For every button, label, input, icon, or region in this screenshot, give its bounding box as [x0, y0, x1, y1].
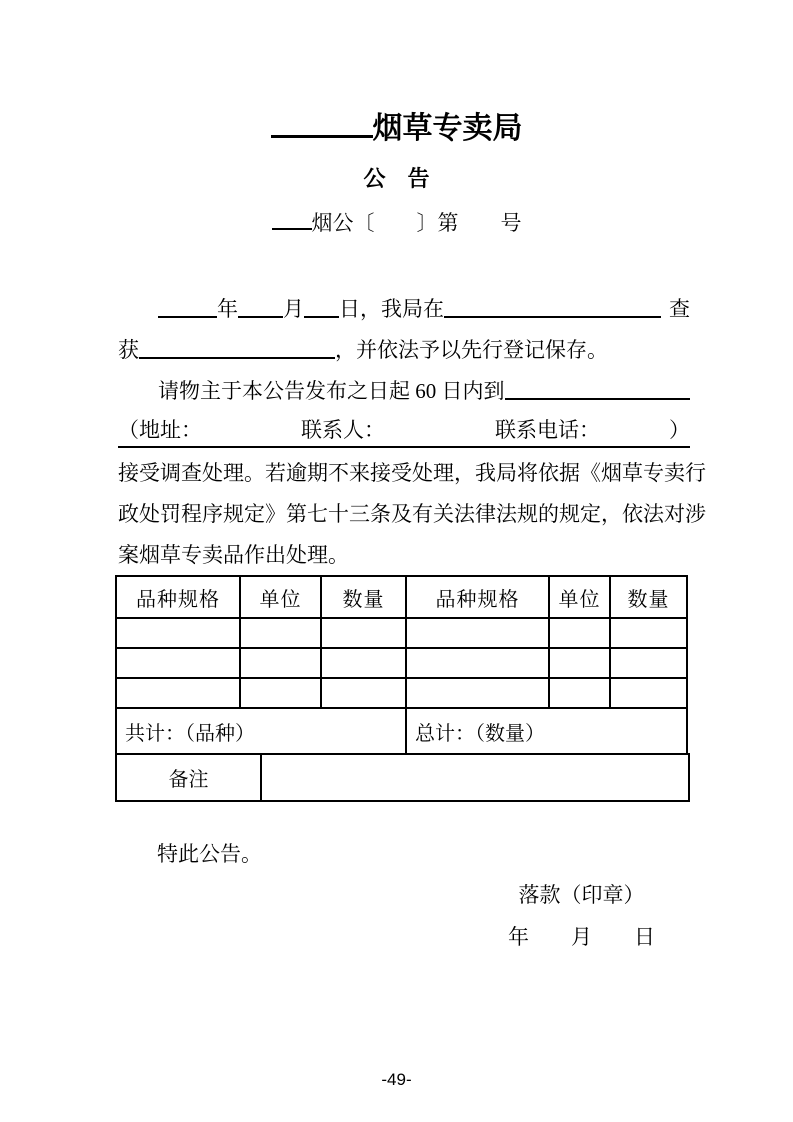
seized-verb-part2: 获: [118, 334, 139, 364]
contact-person-label: 联系人：: [301, 414, 385, 444]
closing-statement: 特此公告。: [157, 838, 262, 868]
remark-value-cell: [261, 754, 689, 801]
signature-block: 落款（印章） 年 月 日: [508, 874, 655, 958]
page-number: -49-: [0, 1070, 793, 1090]
body-line-seized: 获 ，并依法予以先行登记保存。: [118, 328, 690, 369]
body-line-legal-3: 案烟草专卖品作出处理。: [118, 533, 690, 574]
seizure-table-wrap: 品种规格 单位 数量 品种规格 单位 数量 共计：（品种） 总计：（数量）: [115, 575, 690, 802]
col-header-variety-2: 品种规格: [406, 576, 549, 618]
empty-cell: [610, 618, 687, 648]
col-header-unit-1: 单位: [240, 576, 321, 618]
empty-cell: [116, 648, 240, 678]
deadline-clause: 请物主于本公告发布之日起 60 日内到: [158, 375, 505, 405]
day-and-location-lead: 日，我局在: [339, 293, 444, 323]
total-species-cell: 共计：（品种）: [116, 708, 406, 754]
contact-underlined-row: （地址： 联系人： 联系电话： ）: [118, 414, 690, 448]
col-header-quantity-2: 数量: [610, 576, 687, 618]
empty-cell: [549, 648, 610, 678]
empty-cell: [610, 678, 687, 708]
year-label: 年: [217, 293, 238, 323]
closing-paren: ）: [669, 414, 690, 444]
empty-cell: [406, 678, 549, 708]
empty-cell: [240, 648, 321, 678]
day-blank: [304, 316, 339, 318]
body-line-contact: （地址： 联系人： 联系电话： ）: [118, 410, 690, 451]
legal-clause-2: 政处罚程序规定》第七十三条及有关法律法规的规定，依法对涉: [118, 498, 706, 528]
document-page: 烟草专卖局 公 告 烟公〔 〕第 号 年 月 日，我局在 查 获 ，并依法予以先…: [0, 0, 793, 1122]
org-title-text: 烟草专卖局: [373, 112, 523, 145]
seizure-table: 品种规格 单位 数量 品种规格 单位 数量 共计：（品种） 总计：（数量）: [115, 575, 688, 755]
table-row: [116, 678, 687, 708]
empty-cell: [549, 618, 610, 648]
empty-cell: [240, 678, 321, 708]
empty-cell: [406, 648, 549, 678]
remark-table: 备注: [115, 753, 690, 802]
total-quantity-cell: 总计：（数量）: [406, 708, 687, 754]
empty-cell: [610, 648, 687, 678]
month-blank: [238, 316, 283, 318]
legal-clause-3: 案烟草专卖品作出处理。: [118, 539, 349, 569]
remark-row: 备注: [116, 754, 689, 801]
empty-cell: [116, 618, 240, 648]
year-blank: [158, 316, 217, 318]
doc-number-text: 烟公〔 〕第 号: [312, 211, 522, 235]
registration-clause: ，并依法予以先行登记保存。: [335, 334, 608, 364]
col-header-quantity-1: 数量: [321, 576, 406, 618]
doc-number-line: 烟公〔 〕第 号: [0, 207, 793, 237]
table-row: [116, 648, 687, 678]
empty-cell: [321, 678, 406, 708]
body-line-legal-1: 接受调查处理。若逾期不来接受处理，我局将依据《烟草专卖行: [118, 451, 690, 492]
location-blank: [444, 316, 661, 318]
empty-cell: [549, 678, 610, 708]
signature-seal-line: 落款（印章）: [508, 874, 655, 916]
table-row: [116, 618, 687, 648]
seized-items-blank: [139, 357, 335, 359]
signature-date-line: 年 月 日: [508, 916, 655, 958]
body-line-legal-2: 政处罚程序规定》第七十三条及有关法律法规的规定，依法对涉: [118, 492, 690, 533]
empty-cell: [321, 618, 406, 648]
table-header-row: 品种规格 单位 数量 品种规格 单位 数量: [116, 576, 687, 618]
totals-row: 共计：（品种） 总计：（数量）: [116, 708, 687, 754]
org-title-line: 烟草专卖局: [0, 103, 793, 147]
empty-cell: [321, 648, 406, 678]
legal-clause-1: 接受调查处理。若逾期不来接受处理，我局将依据《烟草专卖行: [118, 457, 706, 487]
col-header-variety-1: 品种规格: [116, 576, 240, 618]
address-label: （地址：: [118, 414, 202, 444]
col-header-unit-2: 单位: [549, 576, 610, 618]
office-address-blank: [505, 398, 691, 400]
empty-cell: [406, 618, 549, 648]
seized-verb-part1: 查: [669, 293, 690, 323]
body-line-deadline: 请物主于本公告发布之日起 60 日内到: [118, 369, 690, 410]
body-line-date: 年 月 日，我局在 查: [118, 287, 690, 328]
empty-cell: [116, 678, 240, 708]
remark-label-cell: 备注: [116, 754, 261, 801]
org-name-blank: [271, 135, 373, 138]
empty-cell: [240, 618, 321, 648]
phone-label: 联系电话：: [495, 414, 600, 444]
announcement-title: 公 告: [0, 162, 793, 193]
month-label: 月: [283, 293, 304, 323]
body-text: 年 月 日，我局在 查 获 ，并依法予以先行登记保存。 请物主于本公告发布之日起…: [118, 287, 690, 574]
doc-number-blank: [272, 228, 312, 230]
